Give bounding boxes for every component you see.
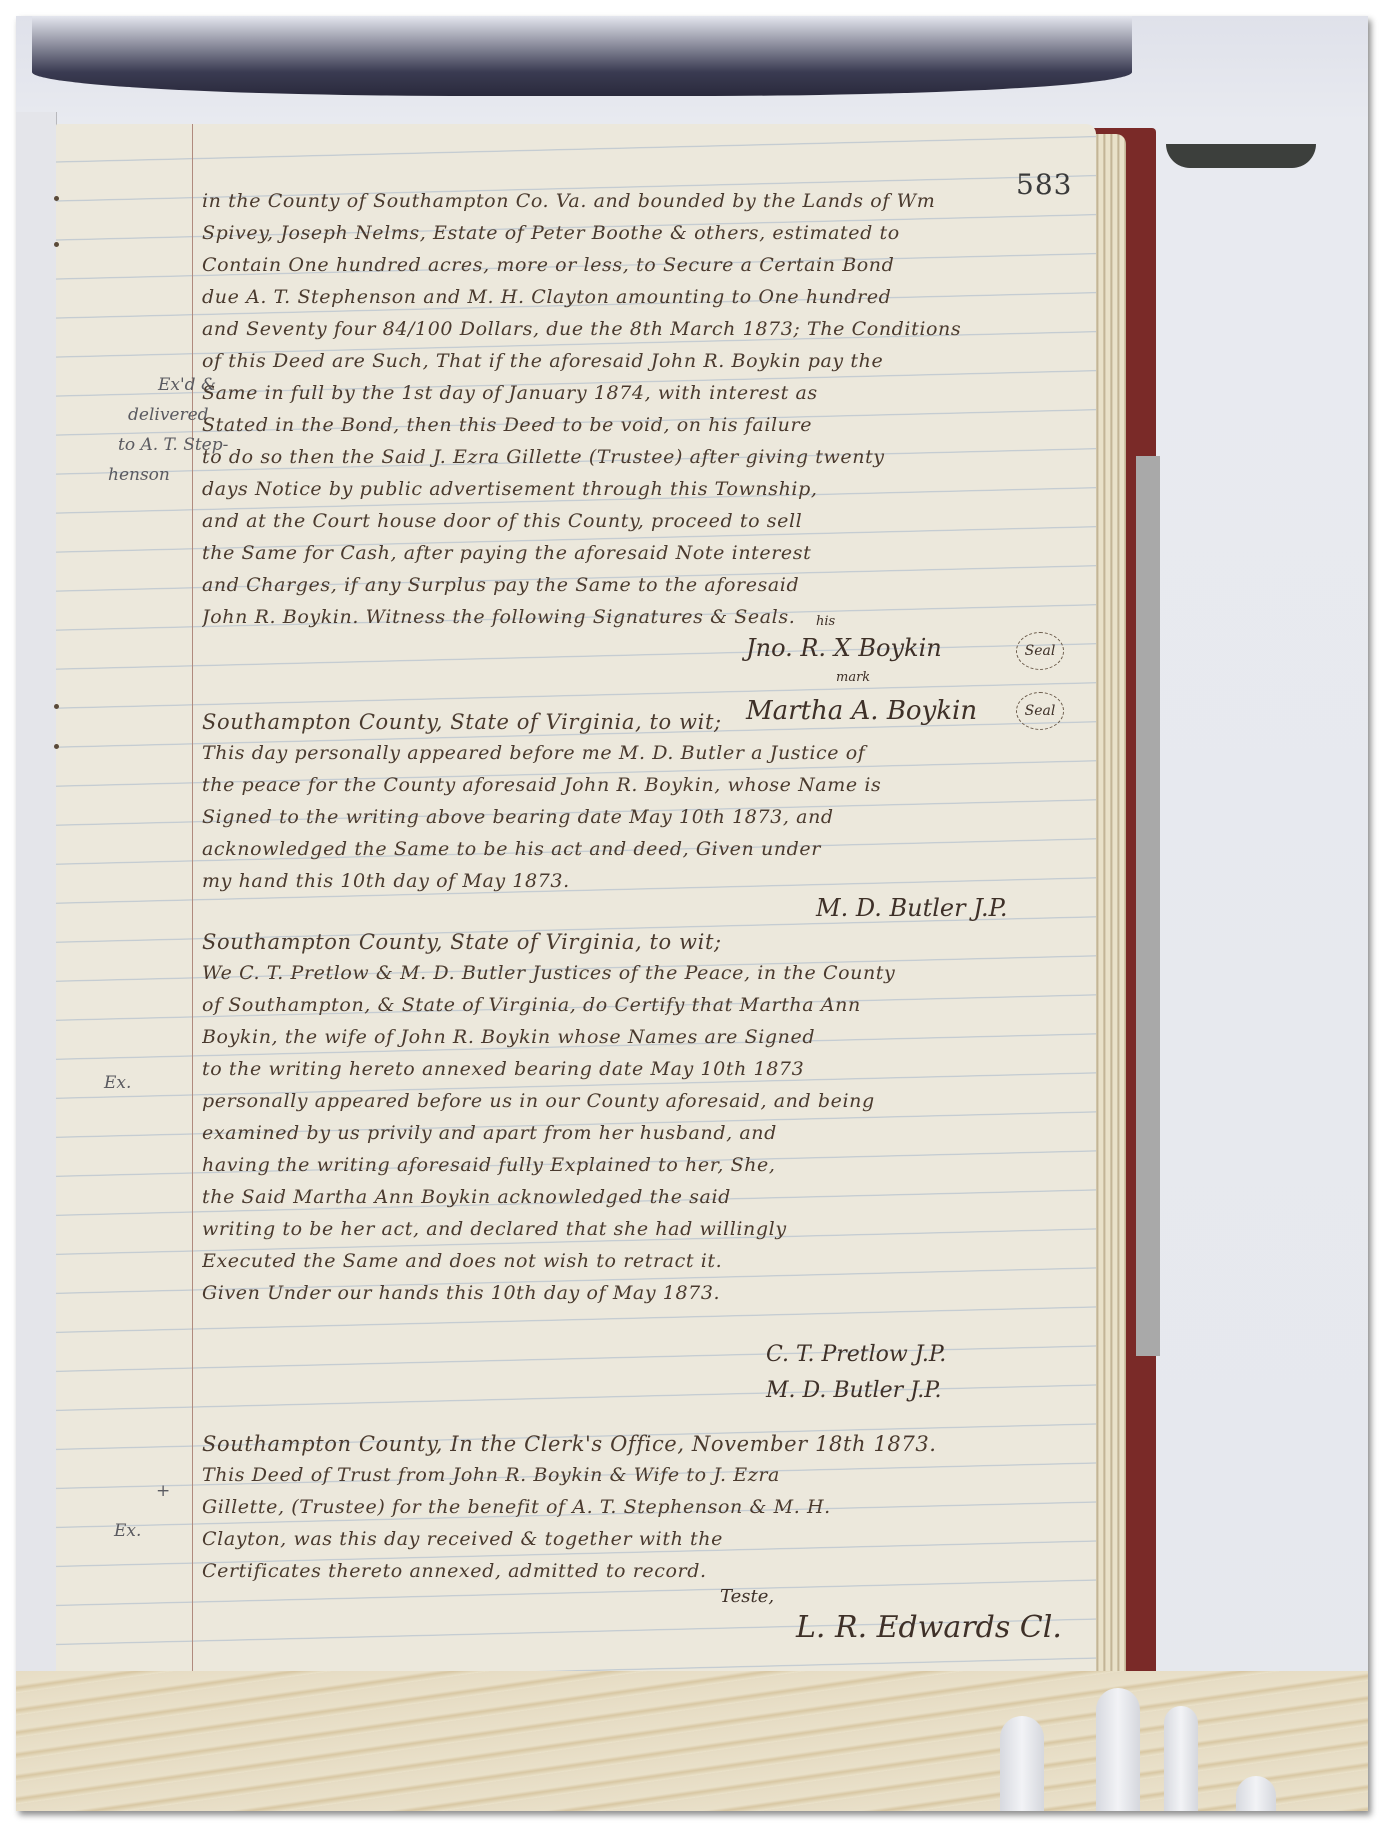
binding-hole — [54, 704, 59, 709]
text-line: the Same for Cash, after paying the afor… — [202, 542, 1092, 564]
text-line: of this Deed are Such, That if the afore… — [202, 350, 1092, 372]
text-line: Clayton, was this day received & togethe… — [202, 1528, 1092, 1550]
text-line: personally appeared before us in our Cou… — [202, 1090, 1092, 1112]
text-line: the peace for the County aforesaid John … — [202, 774, 1092, 796]
text-line: to do so then the Said J. Ezra Gillette … — [202, 446, 1092, 468]
text-line: This day personally appeared before me M… — [202, 742, 1092, 764]
binding-hole — [54, 196, 59, 201]
binding-hole — [54, 242, 59, 247]
text-line: Given Under our hands this 10th day of M… — [202, 1282, 1092, 1304]
text-line: John R. Boykin. Witness the following Si… — [202, 606, 1092, 628]
text-line: Stated in the Bond, then this Deed to be… — [202, 414, 1092, 436]
margin-note-ex: Ex. — [104, 1068, 131, 1098]
text-line: examined by us privily and apart from he… — [202, 1122, 1092, 1144]
gloved-finger — [1164, 1706, 1198, 1811]
text-line: Southampton County, In the Clerk's Offic… — [202, 1432, 1092, 1456]
text-line: to the writing hereto annexed bearing da… — [202, 1058, 1092, 1080]
signature-clerk: L. R. Edwards Cl. — [796, 1610, 1062, 1645]
signature-grantor: Jno. R. X Boykin — [746, 634, 942, 662]
text-line: the Said Martha Ann Boykin acknowledged … — [202, 1186, 1092, 1208]
teste-label: Teste, — [720, 1586, 774, 1607]
signature-justice-pretlow: C. T. Pretlow J.P. — [766, 1342, 946, 1367]
text-line: We C. T. Pretlow & M. D. Butler Justices… — [202, 962, 1092, 984]
text-line: acknowledged the Same to be his act and … — [202, 838, 1092, 860]
dark-object — [1166, 144, 1316, 168]
margin-rule — [192, 124, 193, 1714]
photo-frame: 583 Ex'd & delivered to A. T. Step- hens… — [16, 16, 1368, 1811]
gloved-finger — [1236, 1776, 1276, 1811]
text-line: Southampton County, State of Virginia, t… — [202, 710, 1092, 734]
mark-label-his: his — [816, 614, 835, 629]
margin-note-ex: Ex. — [114, 1516, 141, 1546]
binding-hole — [54, 744, 59, 749]
shadow — [32, 16, 1132, 96]
text-line: of Southampton, & State of Virginia, do … — [202, 994, 1092, 1016]
text-line: and Seventy four 84/100 Dollars, due the… — [202, 318, 1092, 340]
text-line: writing to be her act, and declared that… — [202, 1218, 1092, 1240]
signature-justice-butler: M. D. Butler J.P. — [816, 894, 1008, 922]
gloved-finger — [1000, 1716, 1044, 1811]
text-line: days Notice by public advertisement thro… — [202, 478, 1092, 500]
text-line: Southampton County, State of Virginia, t… — [202, 930, 1092, 954]
ledger-page: 583 Ex'd & delivered to A. T. Step- hens… — [56, 124, 1096, 1714]
text-line: Contain One hundred acres, more or less,… — [202, 254, 1092, 276]
margin-cross-mark: + — [156, 1476, 170, 1506]
text-line: Signed to the writing above bearing date… — [202, 806, 1092, 828]
text-line: Spivey, Joseph Nelms, Estate of Peter Bo… — [202, 222, 1092, 244]
text-line: my hand this 10th day of May 1873. — [202, 870, 1092, 892]
signature-justice-butler: M. D. Butler J.P. — [766, 1378, 942, 1403]
text-line: This Deed of Trust from John R. Boykin &… — [202, 1464, 1092, 1486]
gloved-finger — [1096, 1688, 1140, 1811]
seal-grantor: Seal — [1016, 632, 1064, 670]
text-line: and Charges, if any Surplus pay the Same… — [202, 574, 1092, 596]
text-line: Boykin, the wife of John R. Boykin whose… — [202, 1026, 1092, 1048]
mark-label-mark: mark — [836, 670, 870, 685]
text-line: Same in full by the 1st day of January 1… — [202, 382, 1092, 404]
text-line: Gillette, (Trustee) for the benefit of A… — [202, 1496, 1092, 1518]
left-page-edge — [16, 112, 57, 1712]
text-line: and at the Court house door of this Coun… — [202, 510, 1092, 532]
text-line: due A. T. Stephenson and M. H. Clayton a… — [202, 286, 1092, 308]
text-line: Executed the Same and does not wish to r… — [202, 1250, 1092, 1272]
text-line: Certificates thereto annexed, admitted t… — [202, 1560, 1092, 1582]
text-line: having the writing aforesaid fully Expla… — [202, 1154, 1092, 1176]
text-line: in the County of Southampton Co. Va. and… — [202, 190, 1092, 212]
book-spine-cloth — [1136, 456, 1160, 1356]
